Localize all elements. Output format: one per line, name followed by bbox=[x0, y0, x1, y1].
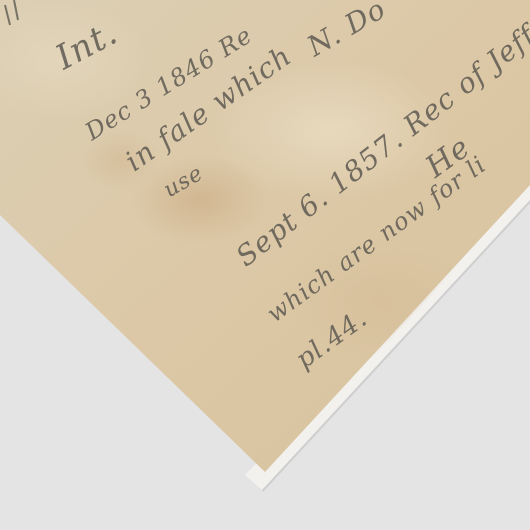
manuscript-photo: Int. Dec 3 1846 Re in fale which N. Do u… bbox=[0, 0, 530, 530]
